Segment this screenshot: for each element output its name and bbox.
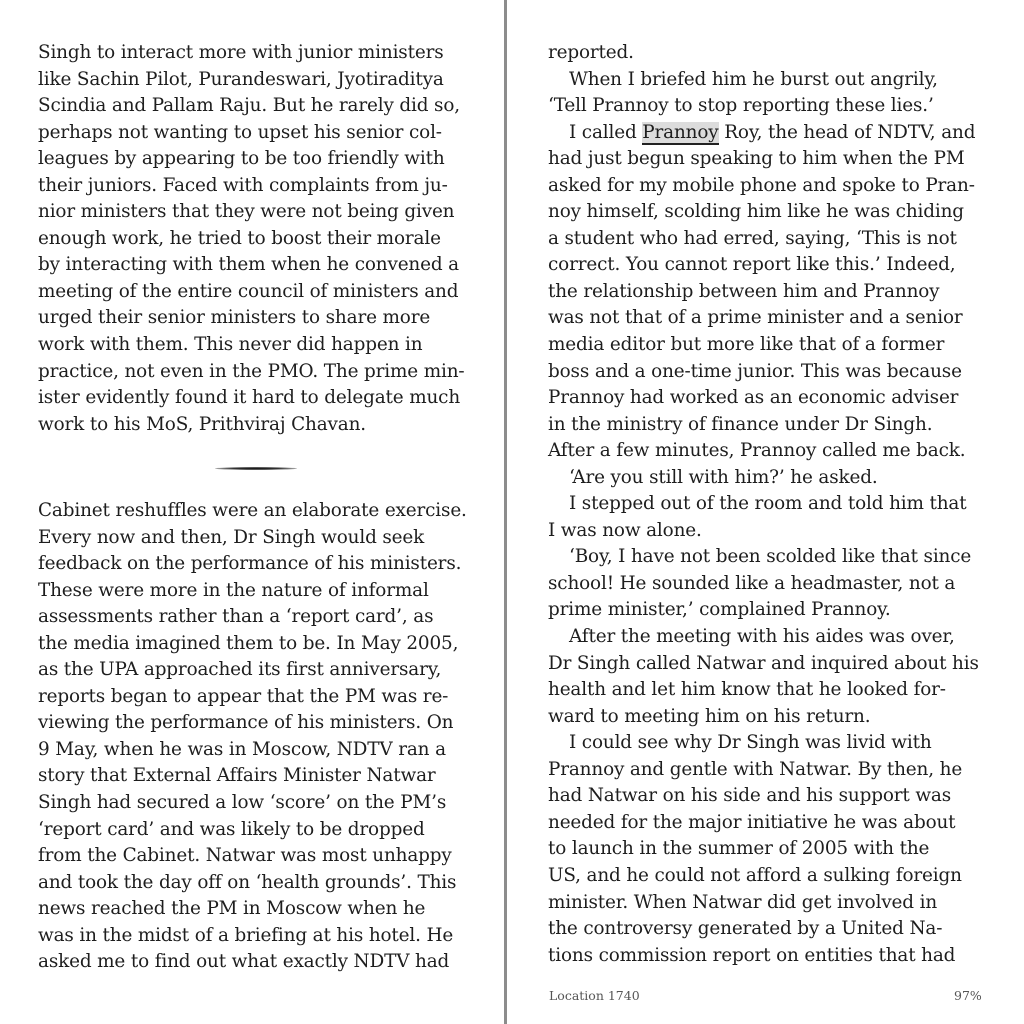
text-line: was not that of a prime minister and a s… [548,305,998,332]
paragraph-2: Cabinet reshuffles were an elaborate exe… [38,498,488,976]
text-line: I was now alone. [548,518,998,545]
text-line: health and let him know that he looked f… [548,677,998,704]
text-line: Scindia and Pallam Raju. But he rarely d… [38,93,488,120]
text-line: leagues by appearing to be too friendly … [38,146,488,173]
text-line: the relationship between him and Prannoy [548,279,998,306]
text-line: minister. When Natwar did get involved i… [548,890,998,917]
section-break-ornament [215,467,297,470]
text-line: feedback on the performance of his minis… [38,551,488,578]
text-line: a student who had erred, saying, ‘This i… [548,226,998,253]
text-line: school! He sounded like a headmaster, no… [548,571,998,598]
text-line: Singh had secured a low ‘score’ on the P… [38,790,488,817]
text-line: news reached the PM in Moscow when he [38,896,488,923]
text-line: and took the day off on ‘health grounds’… [38,870,488,897]
text-line: the media imagined them to be. In May 20… [38,631,488,658]
text-line: their juniors. Faced with complaints fro… [38,173,488,200]
right-page[interactable]: reported.When I briefed him he burst out… [508,0,1024,1024]
text-line: ‘Tell Prannoy to stop reporting these li… [548,93,998,120]
text-line: US, and he could not afford a sulking fo… [548,863,998,890]
text-line: ‘report card’ and was likely to be dropp… [38,817,488,844]
text-line: Every now and then, Dr Singh would seek [38,525,488,552]
text-line: After the meeting with his aides was ove… [548,624,998,651]
text-line: had Natwar on his side and his support w… [548,783,998,810]
text-line: work to his MoS, Prithviraj Chavan. [38,412,488,439]
text-line: reports began to appear that the PM was … [38,684,488,711]
text-line: boss and a one-time junior. This was bec… [548,359,998,386]
text-line: When I briefed him he burst out angrily, [548,67,998,94]
text-line: After a few minutes, Prannoy called me b… [548,438,998,465]
text-line: tions commission report on entities that… [548,943,998,970]
text-line: correct. You cannot report like this.’ I… [548,252,998,279]
text-line: Singh to interact more with junior minis… [38,40,488,67]
text-line: I stepped out of the room and told him t… [548,491,998,518]
text-line: Prannoy had worked as an economic advise… [548,385,998,412]
text-line: needed for the major initiative he was a… [548,810,998,837]
text-line: viewing the performance of his ministers… [38,710,488,737]
text-line: asked me to find out what exactly NDTV h… [38,949,488,976]
text-line: prime minister,’ complained Prannoy. [548,597,998,624]
text-line: These were more in the nature of informa… [38,578,488,605]
text-line: Prannoy and gentle with Natwar. By then,… [548,757,998,784]
text-line: work with them. This never did happen in [38,332,488,359]
reading-progress: 97% [954,988,982,1003]
text-line: reported. [548,40,998,67]
text-line: nior ministers that they were not being … [38,199,488,226]
text-line: practice, not even in the PMO. The prime… [38,359,488,386]
text-line: assessments rather than a ‘report card’,… [38,604,488,631]
text-line: I could see why Dr Singh was livid with [548,730,998,757]
text-line: had just begun speaking to him when the … [548,146,998,173]
text-line: urged their senior ministers to share mo… [38,305,488,332]
text-line: perhaps not wanting to upset his senior … [38,120,488,147]
paragraph-1: Singh to interact more with junior minis… [38,40,488,438]
text-line: noy himself, scolding him like he was ch… [548,199,998,226]
text-line: asked for my mobile phone and spoke to P… [548,173,998,200]
text-line: meeting of the entire council of ministe… [38,279,488,306]
text-fragment: I called [569,122,642,143]
text-line: Cabinet reshuffles were an elaborate exe… [38,498,488,525]
text-fragment: Roy, the head of NDTV, and [719,122,976,143]
right-page-text: reported.When I briefed him he burst out… [548,40,998,969]
text-line: in the ministry of finance under Dr Sing… [548,412,998,439]
text-line: media editor but more like that of a for… [548,332,998,359]
page-divider [504,0,507,1024]
text-line: enough work, he tried to boost their mor… [38,226,488,253]
text-line: was in the midst of a briefing at his ho… [38,923,488,950]
text-line: 9 May, when he was in Moscow, NDTV ran a [38,737,488,764]
text-line: ward to meeting him on his return. [548,704,998,731]
text-line: to launch in the summer of 2005 with the [548,836,998,863]
text-line: Dr Singh called Natwar and inquired abou… [548,651,998,678]
text-line: story that External Affairs Minister Nat… [38,763,488,790]
text-line: ‘Boy, I have not been scolded like that … [548,544,998,571]
text-line: ister evidently found it hard to delegat… [38,385,488,412]
location-indicator: Location 1740 [549,988,640,1003]
text-line: I called Prannoy Roy, the head of NDTV, … [548,120,998,147]
left-page[interactable]: Singh to interact more with junior minis… [0,0,504,1024]
text-line: like Sachin Pilot, Purandeswari, Jyotira… [38,67,488,94]
text-line: from the Cabinet. Natwar was most unhapp… [38,843,488,870]
text-line: as the UPA approached its first annivers… [38,657,488,684]
highlighted-word[interactable]: Prannoy [642,122,718,145]
text-line: by interacting with them when he convene… [38,252,488,279]
text-line: ‘Are you still with him?’ he asked. [548,465,998,492]
text-line: the controversy generated by a United Na… [548,916,998,943]
